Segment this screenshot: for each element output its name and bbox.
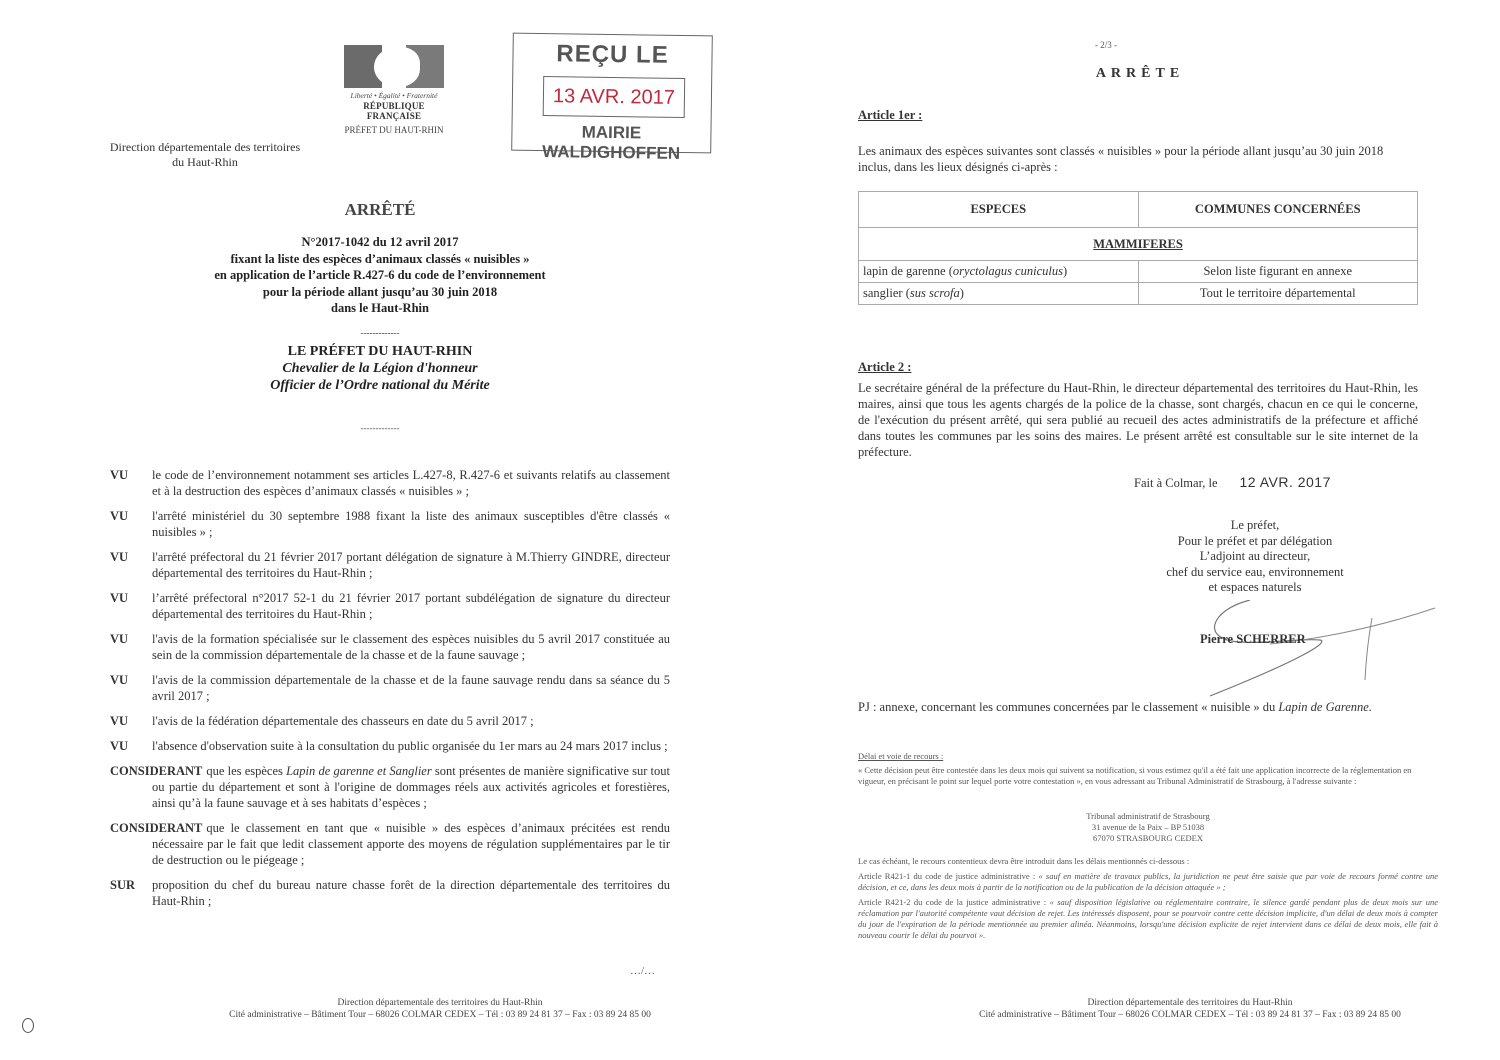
species-cell: lapin de garenne (oryctolagus cuniculus) <box>859 261 1139 283</box>
communes-cell: Tout le territoire départemental <box>1138 283 1418 305</box>
signature-line: Le préfet, <box>1140 518 1370 534</box>
clause-text: l'arrêté ministériel du 30 septembre 198… <box>152 508 670 540</box>
species-name: lapin de garenne <box>863 264 946 278</box>
signature-line: chef du service eau, environnement <box>1140 565 1370 581</box>
handwritten-signature-icon <box>1190 600 1450 700</box>
signature-line: Pour le préfet et par délégation <box>1140 534 1370 550</box>
species-names: Lapin de garenne et Sanglier <box>286 764 432 778</box>
column-header: ESPECES <box>859 192 1139 228</box>
appeal-deadlines: Le cas échéant, le recours contentieux d… <box>858 856 1438 945</box>
attachment-species: Lapin de Garenne. <box>1278 700 1372 714</box>
stamp-date: 13 AVR. 2017 <box>543 76 686 118</box>
article-2-heading: Article 2 : <box>858 360 911 375</box>
marianne-icon <box>344 45 444 88</box>
page-footer: Direction départementale des territoires… <box>140 997 740 1021</box>
footer-line: Cité administrative – Bâtiment Tour – 68… <box>140 1009 740 1021</box>
continuation-mark: …/… <box>630 965 655 977</box>
address-line: 67070 STRASBOURG CEDEX <box>858 833 1438 844</box>
considerant-clause: CONSIDERANTque les espèces Lapin de gare… <box>110 763 670 811</box>
prefet-block: LE PRÉFET DU HAUT-RHIN Chevalier de la L… <box>180 343 580 437</box>
republic-motto: Liberté • Égalité • Fraternité <box>342 91 446 100</box>
clause-keyword: CONSIDERANT <box>110 764 202 778</box>
stamp-received-label: REÇU LE <box>513 40 711 71</box>
clause-text: l'avis de la commission départementale d… <box>152 672 670 704</box>
department-line: du Haut-Rhin <box>100 155 310 170</box>
issuing-department: Direction départementale des territoires… <box>100 140 310 170</box>
vu-clause: VUl'avis de la fédération départementale… <box>110 713 670 729</box>
considerant-clause: CONSIDERANTque le classement en tant que… <box>110 820 670 868</box>
done-at-date: 12 AVR. 2017 <box>1240 474 1331 490</box>
clause-keyword: VU <box>110 713 152 729</box>
clause-text: l'absence d'observation suite à la consu… <box>152 738 670 754</box>
prefecture-name: PRÉFET DU HAUT-RHIN <box>342 125 446 135</box>
group-label: MAMMIFERES <box>859 228 1418 261</box>
prefet-title: Chevalier de la Légion d'honneur <box>180 360 580 377</box>
footer-line: Direction départementale des territoires… <box>140 997 740 1009</box>
document-title: ARRÊTÉ <box>200 200 560 220</box>
vu-clause: VUl’arrêté préfectoral n°2017 52-1 du 21… <box>110 590 670 622</box>
prefet-name: LE PRÉFET DU HAUT-RHIN <box>180 343 580 360</box>
signature-line: L’adjoint au directeur, <box>1140 549 1370 565</box>
latin-name: oryctolagus cuniculus <box>953 264 1063 278</box>
page-footer: Direction départementale des territoires… <box>890 997 1490 1021</box>
vu-clause: VUl'absence d'observation suite à la con… <box>110 738 670 754</box>
tribunal-address: Tribunal administratif de Strasbourg 31 … <box>858 811 1438 844</box>
clause-text: l'avis de la fédération départementale d… <box>152 713 670 729</box>
sur-clause: SURproposition du chef du bureau nature … <box>110 877 670 909</box>
clause-keyword: VU <box>110 631 152 663</box>
clause-keyword: VU <box>110 672 152 704</box>
separator: ------------- <box>180 420 580 437</box>
attachment-text: PJ : annexe, concernant les communes con… <box>858 700 1278 714</box>
article-label: Article R421-2 du code de la justice adm… <box>858 897 1050 907</box>
signer-name: Pierre SCHERRER <box>1200 632 1306 647</box>
vu-clause: VUl'avis de la formation spécialisée sur… <box>110 631 670 663</box>
article-r421-1: Article R421-1 du code de justice admini… <box>858 871 1438 893</box>
decree-heading: ARRÊTE <box>1050 66 1230 82</box>
subtitle-line: dans le Haut-Rhin <box>180 300 580 317</box>
table-header-row: ESPECES COMMUNES CONCERNÉES <box>859 192 1418 228</box>
vu-clause: VUl'arrêté ministériel du 30 septembre 1… <box>110 508 670 540</box>
page-1: Liberté • Égalité • Fraternité RÉPUBLIQU… <box>0 0 750 1060</box>
subtitle-line: en application de l’article R.427-6 du c… <box>180 267 580 284</box>
article-2-text: Le secrétaire général de la préfecture d… <box>858 380 1418 460</box>
appeal-heading: Délai et voie de recours : <box>858 751 1438 762</box>
signature-line: et espaces naturels <box>1140 580 1370 596</box>
article-label: Article R421-1 du code de justice admini… <box>858 871 1038 881</box>
page-2: - 2/3 - ARRÊTE Article 1er : Les animaux… <box>750 0 1500 1060</box>
clause-keyword: VU <box>110 590 152 622</box>
subtitle-line: pour la période allant jusqu’au 30 juin … <box>180 284 580 301</box>
done-at-label: Fait à Colmar, le <box>1134 476 1218 490</box>
article-1-text: Les animaux des espèces suivantes sont c… <box>858 143 1418 175</box>
footer-line: Cité administrative – Bâtiment Tour – 68… <box>890 1009 1490 1021</box>
table-row: lapin de garenne (oryctolagus cuniculus)… <box>859 261 1418 283</box>
received-stamp: REÇU LE 13 AVR. 2017 MAIRIE WALDIGHOFFEN <box>511 33 713 154</box>
vu-clause: VUl'arrêté préfectoral du 21 février 201… <box>110 549 670 581</box>
clause-keyword: VU <box>110 508 152 540</box>
clause-text: le code de l’environnement notamment ses… <box>152 467 670 499</box>
attachment-note: PJ : annexe, concernant les communes con… <box>858 700 1438 715</box>
binder-ring-icon <box>22 1018 34 1033</box>
address-line: Tribunal administratif de Strasbourg <box>858 811 1438 822</box>
subtitle-line: fixant la liste des espèces d’animaux cl… <box>180 251 580 268</box>
vu-clause: VUl'avis de la commission départementale… <box>110 672 670 704</box>
appeal-text: « Cette décision peut être contestée dan… <box>858 765 1438 787</box>
clause-keyword: CONSIDERANT <box>110 821 202 835</box>
species-cell: sanglier (sus scrofa) <box>859 283 1139 305</box>
species-table: ESPECES COMMUNES CONCERNÉES MAMMIFERES l… <box>858 191 1418 305</box>
clause-keyword: VU <box>110 549 152 581</box>
marianne-logo: Liberté • Égalité • Fraternité RÉPUBLIQU… <box>342 45 446 135</box>
prefet-title: Officier de l’Ordre national du Mérite <box>180 377 580 394</box>
department-line: Direction départementale des territoires <box>100 140 310 155</box>
separator: ------------- <box>180 325 580 342</box>
clause-keyword: VU <box>110 467 152 499</box>
subtitle-line: N°2017-1042 du 12 avril 2017 <box>180 234 580 251</box>
communes-cell: Selon liste figurant en annexe <box>1138 261 1418 283</box>
clause-text: l’arrêté préfectoral n°2017 52-1 du 21 f… <box>152 590 670 622</box>
article-r421-2: Article R421-2 du code de la justice adm… <box>858 897 1438 941</box>
address-line: 31 avenue de la Paix – BP 51038 <box>858 822 1438 833</box>
document-subtitle: N°2017-1042 du 12 avril 2017 fixant la l… <box>180 234 580 341</box>
clause-text: que le classement en tant que « nuisible… <box>152 821 670 867</box>
clause-text: que les espèces <box>206 764 286 778</box>
table-group-row: MAMMIFERES <box>859 228 1418 261</box>
done-at: Fait à Colmar, le12 AVR. 2017 <box>1134 474 1331 491</box>
appeal-intro: Le cas échéant, le recours contentieux d… <box>858 856 1438 867</box>
clause-keyword: SUR <box>110 877 152 909</box>
table-row: sanglier (sus scrofa) Tout le territoire… <box>859 283 1418 305</box>
clause-keyword: VU <box>110 738 152 754</box>
stamp-mairie: MAIRIE WALDIGHOFFEN <box>512 122 711 165</box>
clause-text: l'avis de la formation spécialisée sur l… <box>152 631 670 663</box>
column-header: COMMUNES CONCERNÉES <box>1138 192 1418 228</box>
page-number: - 2/3 - <box>1095 40 1117 50</box>
vu-clause: VUle code de l’environnement notamment s… <box>110 467 670 499</box>
signature-block: Le préfet, Pour le préfet et par délégat… <box>1140 518 1370 596</box>
latin-name: sus scrofa <box>910 286 960 300</box>
recitals: VUle code de l’environnement notamment s… <box>110 467 670 918</box>
species-name: sanglier <box>863 286 903 300</box>
appeal-notice: Délai et voie de recours : « Cette décis… <box>858 751 1438 787</box>
republic-name: RÉPUBLIQUE FRANÇAISE <box>342 101 446 121</box>
article-1-heading: Article 1er : <box>858 108 922 123</box>
clause-text: l'arrêté préfectoral du 21 février 2017 … <box>152 549 670 581</box>
clause-text: proposition du chef du bureau nature cha… <box>152 877 670 909</box>
footer-line: Direction départementale des territoires… <box>890 997 1490 1009</box>
